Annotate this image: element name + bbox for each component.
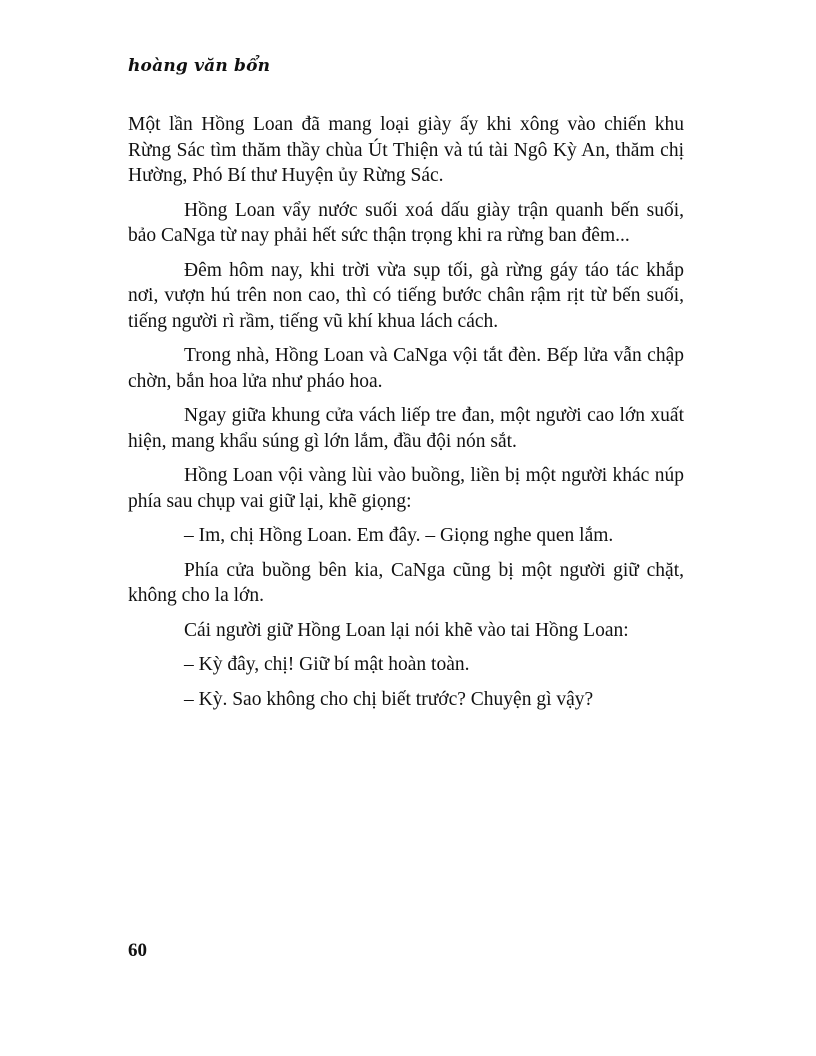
- paragraph: Hồng Loan vội vàng lùi vào buồng, liền b…: [128, 463, 684, 514]
- paragraph: Phía cửa buồng bên kia, CaNga cũng bị mộ…: [128, 558, 684, 609]
- paragraph: Đêm hôm nay, khi trời vừa sụp tối, gà rừ…: [128, 258, 684, 335]
- paragraph: Một lần Hồng Loan đã mang loại giày ấy k…: [128, 112, 684, 189]
- dialogue-paragraph: – Kỳ đây, chị! Giữ bí mật hoàn toàn.: [128, 652, 684, 678]
- page-number: 60: [128, 940, 147, 962]
- paragraph: Hồng Loan vẩy nước suối xoá dấu giày trậ…: [128, 198, 684, 249]
- paragraph: Cái người giữ Hồng Loan lại nói khẽ vào …: [128, 618, 684, 644]
- dialogue-paragraph: – Kỳ. Sao không cho chị biết trước? Chuy…: [128, 687, 684, 713]
- running-header-author: hoàng văn bổn: [128, 56, 270, 76]
- paragraph: Ngay giữa khung cửa vách liếp tre đan, m…: [128, 403, 684, 454]
- paragraph: Trong nhà, Hồng Loan và CaNga vội tắt đè…: [128, 343, 684, 394]
- dialogue-paragraph: – Im, chị Hồng Loan. Em đây. – Giọng ngh…: [128, 523, 684, 549]
- body-text: Một lần Hồng Loan đã mang loại giày ấy k…: [128, 112, 684, 721]
